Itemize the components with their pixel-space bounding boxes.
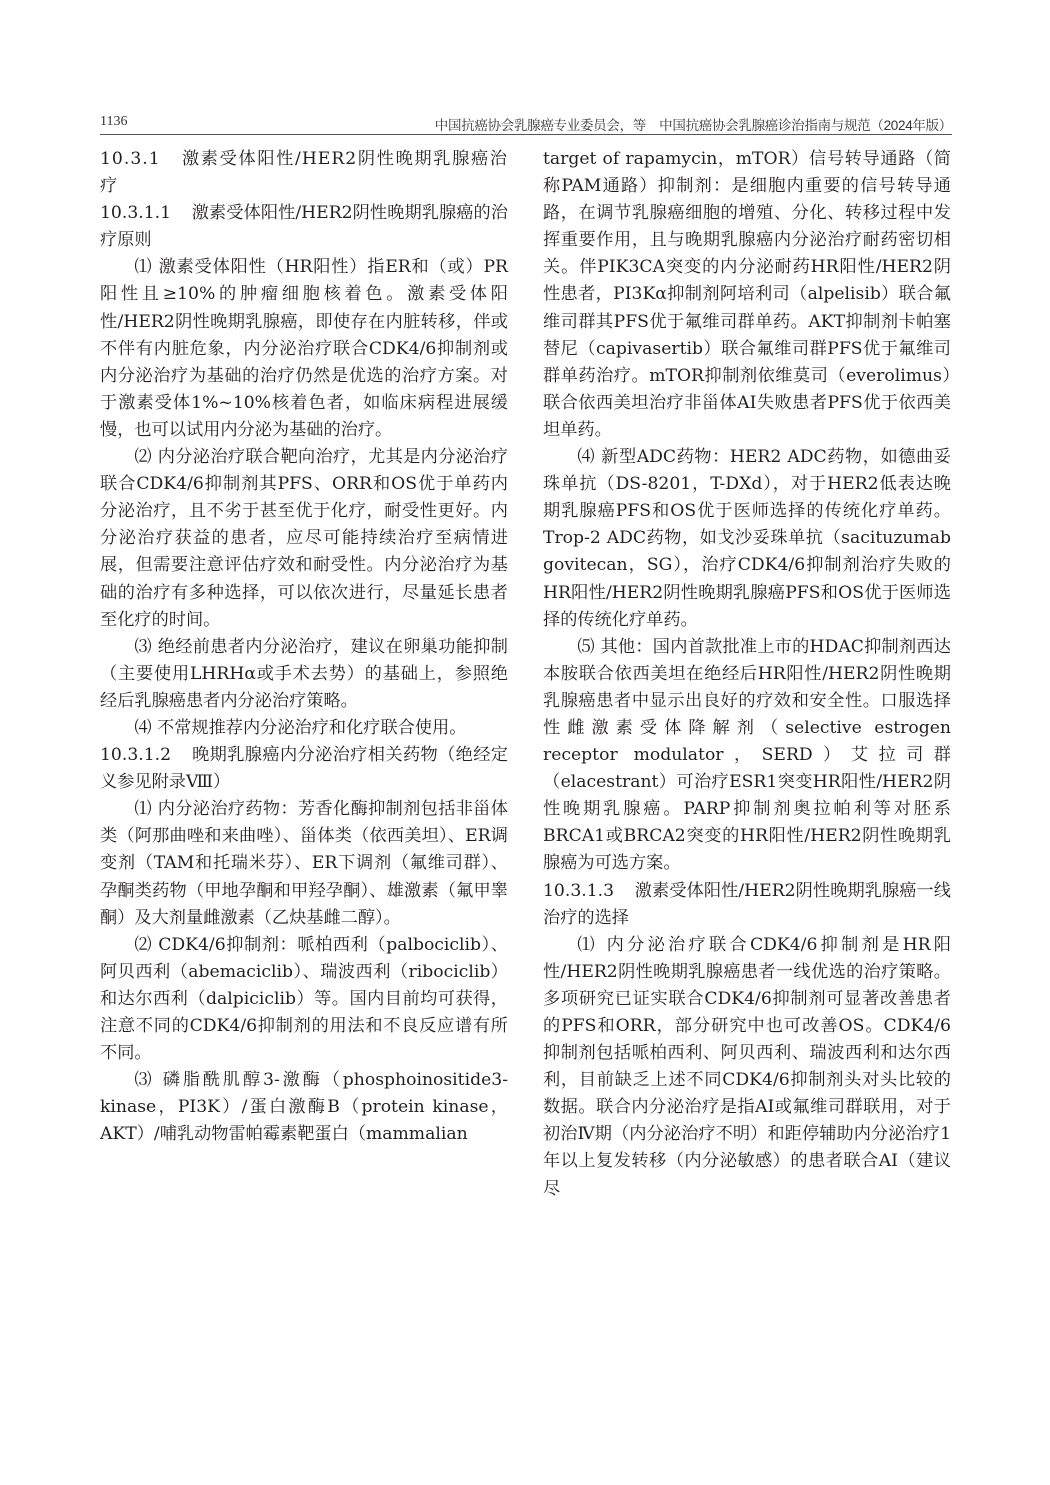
paragraph: ⑶ 绝经前患者内分泌治疗，建议在卵巢功能抑制（主要使用LHRHα或手术去势）的基… [100, 634, 508, 715]
paragraph-continued: target of rapamycin，mTOR）信号转导通路（简称PAM通路）… [543, 146, 951, 444]
paragraph: ⑸ 其他：国内首款批准上市的HDAC抑制剂西达本胺联合依西美坦在绝经后HR阳性/… [543, 634, 951, 878]
page-header: 1136 中国抗癌协会乳腺癌专业委员会，等 中国抗癌协会乳腺癌诊治指南与规范（2… [100, 112, 952, 135]
paragraph: ⑵ 内分泌治疗联合靶向治疗，尤其是内分泌治疗联合CDK4/6抑制剂其PFS、OR… [100, 444, 508, 634]
subsection-heading-10-3-1-3: 10.3.1.3激素受体阳性/HER2阴性晚期乳腺癌一线治疗的选择 [543, 878, 951, 932]
paragraph: ⑷ 不常规推荐内分泌治疗和化疗联合使用。 [100, 715, 508, 742]
paragraph: ⑵ CDK4/6抑制剂：哌柏西利（palbociclib）、阿贝西利（abema… [100, 932, 508, 1067]
right-column: target of rapamycin，mTOR）信号转导通路（简称PAM通路）… [543, 146, 951, 1203]
page-number: 1136 [100, 114, 127, 130]
paragraph: ⑷ 新型ADC药物：HER2 ADC药物，如德曲妥珠单抗（DS-8201，T-D… [543, 444, 951, 634]
paragraph: ⑴ 内分泌治疗药物：芳香化酶抑制剂包括非甾体类（阿那曲唑和来曲唑）、甾体类（依西… [100, 796, 508, 931]
subsection-heading-10-3-1-2: 10.3.1.2晚期乳腺癌内分泌治疗相关药物（绝经定义参见附录Ⅷ） [100, 742, 508, 796]
running-title: 中国抗癌协会乳腺癌专业委员会，等 中国抗癌协会乳腺癌诊治指南与规范（2024年版… [435, 114, 952, 134]
paragraph: ⑴ 内分泌治疗联合CDK4/6抑制剂是HR阳性/HER2阴性晚期乳腺癌患者一线优… [543, 932, 951, 1203]
subsection-heading-10-3-1-1: 10.3.1.1激素受体阳性/HER2阴性晚期乳腺癌的治疗原则 [100, 200, 508, 254]
left-column: 10.3.1激素受体阳性/HER2阴性晚期乳腺癌治疗 10.3.1.1激素受体阳… [100, 146, 508, 1148]
section-heading-10-3-1: 10.3.1激素受体阳性/HER2阴性晚期乳腺癌治疗 [100, 146, 508, 200]
paragraph: ⑶ 磷脂酰肌醇3-激酶（phosphoinositide3-kinase，PI3… [100, 1067, 508, 1148]
paragraph: ⑴ 激素受体阳性（HR阳性）指ER和（或）PR阳性且≥10%的肿瘤细胞核着色。激… [100, 254, 508, 444]
